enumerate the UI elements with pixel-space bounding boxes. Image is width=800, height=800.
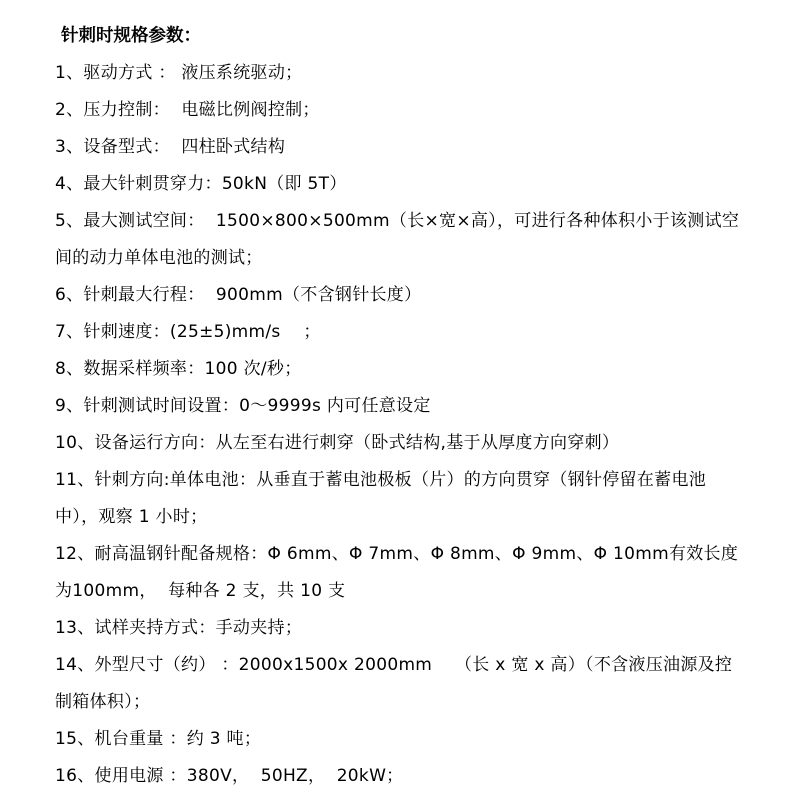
spec-item-machine-type: 3、设备型式： 四柱卧式结构	[55, 129, 748, 166]
spec-item-clamping-mode: 13、试样夹持方式：手动夹持；	[55, 610, 748, 647]
spec-item-needle-specs: 12、耐高温钢针配备规格：Φ 6mm、Φ 7mm、Φ 8mm、Φ 9mm、Φ 1…	[55, 536, 748, 610]
spec-item-needle-direction: 11、针刺方向:单体电池：从垂直于蓄电池极板（片）的方向贯穿（钢针停留在蓄电池中…	[55, 462, 748, 536]
spec-item-power-supply: 16、使用电源 ：380V， 50HZ， 20kW；	[55, 758, 748, 795]
spec-item-test-space: 5、最大测试空间： 1500×800×500mm（长×宽×高），可进行各种体积小…	[55, 203, 748, 277]
spec-item-run-direction: 10、设备运行方向：从左至右进行刺穿（卧式结构,基于从厚度方向穿刺）	[55, 425, 748, 462]
spec-item-sampling-rate: 8、数据采样频率：100 次/秒；	[55, 351, 748, 388]
document-title: 针刺时规格参数：	[61, 18, 748, 55]
spec-item-pressure-control: 2、压力控制： 电磁比例阀控制；	[55, 92, 748, 129]
spec-item-max-stroke: 6、针刺最大行程： 900mm（不含钢针长度）	[55, 277, 748, 314]
spec-item-outer-dimensions: 14、外型尺寸（约） ：2000x1500x 2000mm （长 x 宽 x 高…	[55, 647, 748, 721]
spec-item-max-force: 4、最大针刺贯穿力：50kN（即 5T）	[55, 166, 748, 203]
spec-item-test-time: 9、针刺测试时间设置：0～9999s 内可任意设定	[55, 388, 748, 425]
spec-document: 针刺时规格参数： 1、驱动方式 ： 液压系统驱动； 2、压力控制： 电磁比例阀控…	[0, 0, 800, 800]
spec-item-machine-weight: 15、机台重量 ：约 3 吨；	[55, 721, 748, 758]
spec-item-needle-speed: 7、针刺速度：(25±5)mm/s ；	[55, 314, 748, 351]
spec-item-drive-mode: 1、驱动方式 ： 液压系统驱动；	[55, 55, 748, 92]
